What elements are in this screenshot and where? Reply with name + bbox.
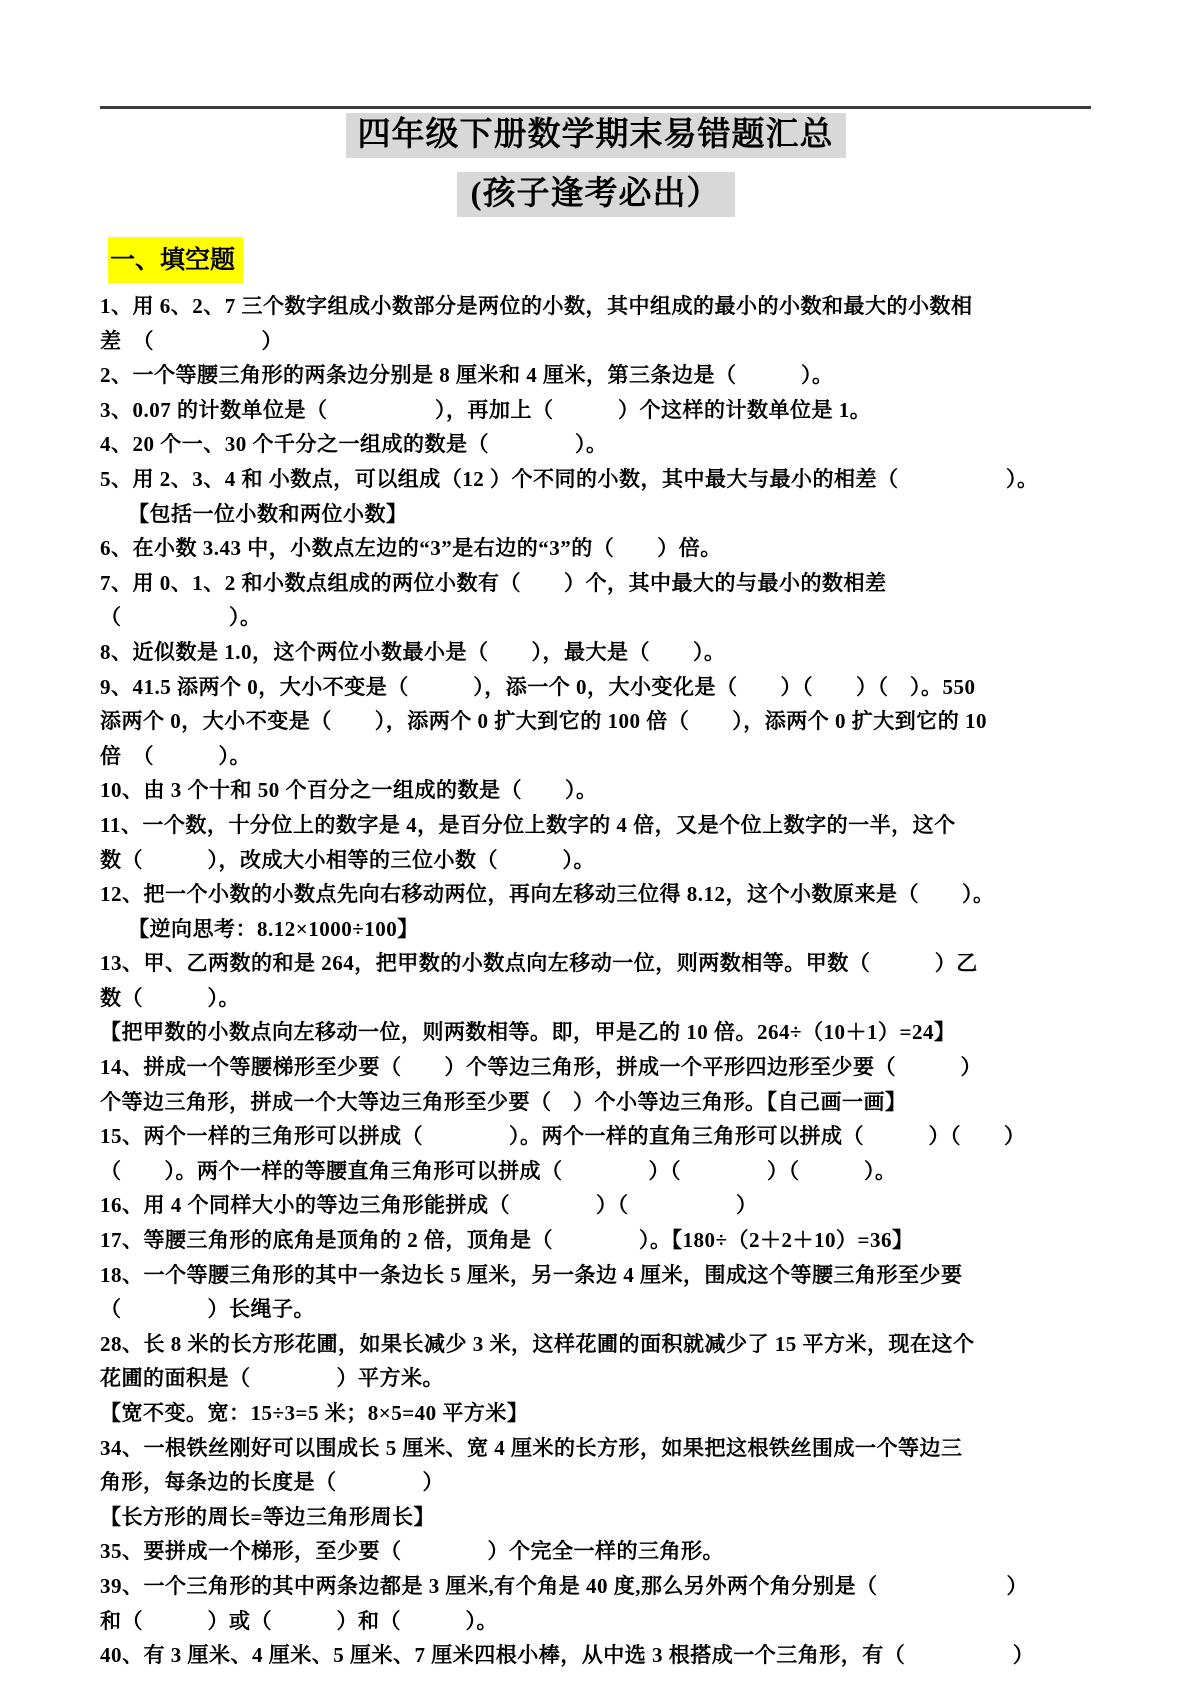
question-list: 1、用 6、2、7 三个数字组成小数部分是两位的小数，其中组成的最小的小数和最大… [100,289,1110,1673]
question-line: 10、由 3 个十和 50 个百分之一组成的数是（ ）。 [100,773,1110,808]
question-line: 11、一个数，十分位上的数字是 4，是百分位上数字的 4 倍，又是个位上数字的一… [100,808,1110,843]
question-line: （ ）。两个一样的等腰直角三角形可以拼成（ ）（ ）（ ）。 [100,1154,1110,1189]
question-line: 个等边三角形，拼成一个大等边三角形至少要（ ）个小等边三角形。【自己画一画】 [100,1085,1110,1120]
question-line: 3、0.07 的计数单位是（ ），再加上（ ）个这样的计数单位是 1。 [100,393,1110,428]
question-line: 17、等腰三角形的底角是顶角的 2 倍，顶角是（ ）。【180÷（2＋2＋10）… [100,1223,1110,1258]
question-line: 数（ ）。 [100,981,1110,1016]
question-line: 【逆向思考：8.12×1000÷100】 [100,912,1110,947]
header-rule [100,106,1091,109]
question-line: 28、长 8 米的长方形花圃，如果长减少 3 米，这样花圃的面积就减少了 15 … [100,1327,1110,1362]
question-line: 9、41.5 添两个 0，大小不变是（ ），添一个 0，大小变化是（ ）（ ）（… [100,670,1110,705]
question-line: 数（ ），改成大小相等的三位小数（ ）。 [100,843,1110,878]
question-line: 14、拼成一个等腰梯形至少要（ ）个等边三角形，拼成一个平形四边形至少要（ ） [100,1050,1110,1085]
question-line: 8、近似数是 1.0，这个两位小数最小是（ ），最大是（ ）。 [100,635,1110,670]
question-line: 12、把一个小数的小数点先向右移动两位，再向左移动三位得 8.12，这个小数原来… [100,877,1110,912]
question-line: 34、一根铁丝刚好可以围成长 5 厘米、宽 4 厘米的长方形，如果把这根铁丝围成… [100,1431,1110,1466]
question-line: 13、甲、乙两数的和是 264，把甲数的小数点向左移动一位，则两数相等。甲数（ … [100,946,1110,981]
question-line: 【包括一位小数和两位小数】 [100,497,1110,532]
question-line: （ ）长绳子。 [100,1292,1110,1327]
question-line: 倍 （ ）。 [100,739,1110,774]
question-line: 差 （ ） [100,324,1110,359]
question-line: 35、要拼成一个梯形，至少要（ ）个完全一样的三角形。 [100,1534,1110,1569]
question-line: 5、用 2、3、4 和 小数点，可以组成（12 ）个不同的小数，其中最大与最小的… [100,462,1110,497]
question-line: 添两个 0，大小不变是（ ），添两个 0 扩大到它的 100 倍（ ），添两个 … [100,704,1110,739]
question-line: 1、用 6、2、7 三个数字组成小数部分是两位的小数，其中组成的最小的小数和最大… [100,289,1110,324]
question-line: 15、两个一样的三角形可以拼成（ ）。两个一样的直角三角形可以拼成（ ）（ ） [100,1119,1110,1154]
question-line: 16、用 4 个同样大小的等边三角形能拼成（ ）（ ） [100,1188,1110,1223]
question-line: 角形，每条边的长度是（ ） [100,1465,1110,1500]
question-line: 和（ ）或（ ）和（ ）。 [100,1604,1110,1639]
section-heading-fill-in-blanks: 一、填空题 [108,237,243,283]
question-line: 40、有 3 厘米、4 厘米、5 厘米、7 厘米四根小棒，从中选 3 根搭成一个… [100,1638,1110,1673]
question-line: 花圃的面积是（ ）平方米。 [100,1361,1110,1396]
page-subtitle: (孩子逢考必出） [457,172,735,217]
question-line: 39、一个三角形的其中两条边都是 3 厘米,有个角是 40 度,那么另外两个角分… [100,1569,1110,1604]
question-line: 2、一个等腰三角形的两条边分别是 8 厘米和 4 厘米，第三条边是（ ）。 [100,358,1110,393]
question-line: 【长方形的周长=等边三角形周长】 [100,1500,1110,1535]
worksheet-page: 四年级下册数学期末易错题汇总 (孩子逢考必出） 一、填空题 1、用 6、2、7 … [0,0,1191,1684]
title-block: 四年级下册数学期末易错题汇总 (孩子逢考必出） [0,113,1191,217]
question-line: 【宽不变。宽：15÷3=5 米；8×5=40 平方米】 [100,1396,1110,1431]
question-line: 18、一个等腰三角形的其中一条边长 5 厘米，另一条边 4 厘米，围成这个等腰三… [100,1258,1110,1293]
question-line: 4、20 个一、30 个千分之一组成的数是（ ）。 [100,427,1110,462]
question-line: 7、用 0、1、2 和小数点组成的两位小数有（ ）个，其中最大的与最小的数相差 [100,566,1110,601]
question-line: 【把甲数的小数点向左移动一位，则两数相等。即，甲是乙的 10 倍。264÷（10… [100,1015,1110,1050]
page-title: 四年级下册数学期末易错题汇总 [346,113,846,158]
question-line: （ ）。 [100,600,1110,635]
question-line: 6、在小数 3.43 中，小数点左边的“3”是右边的“3”的（ ）倍。 [100,531,1110,566]
